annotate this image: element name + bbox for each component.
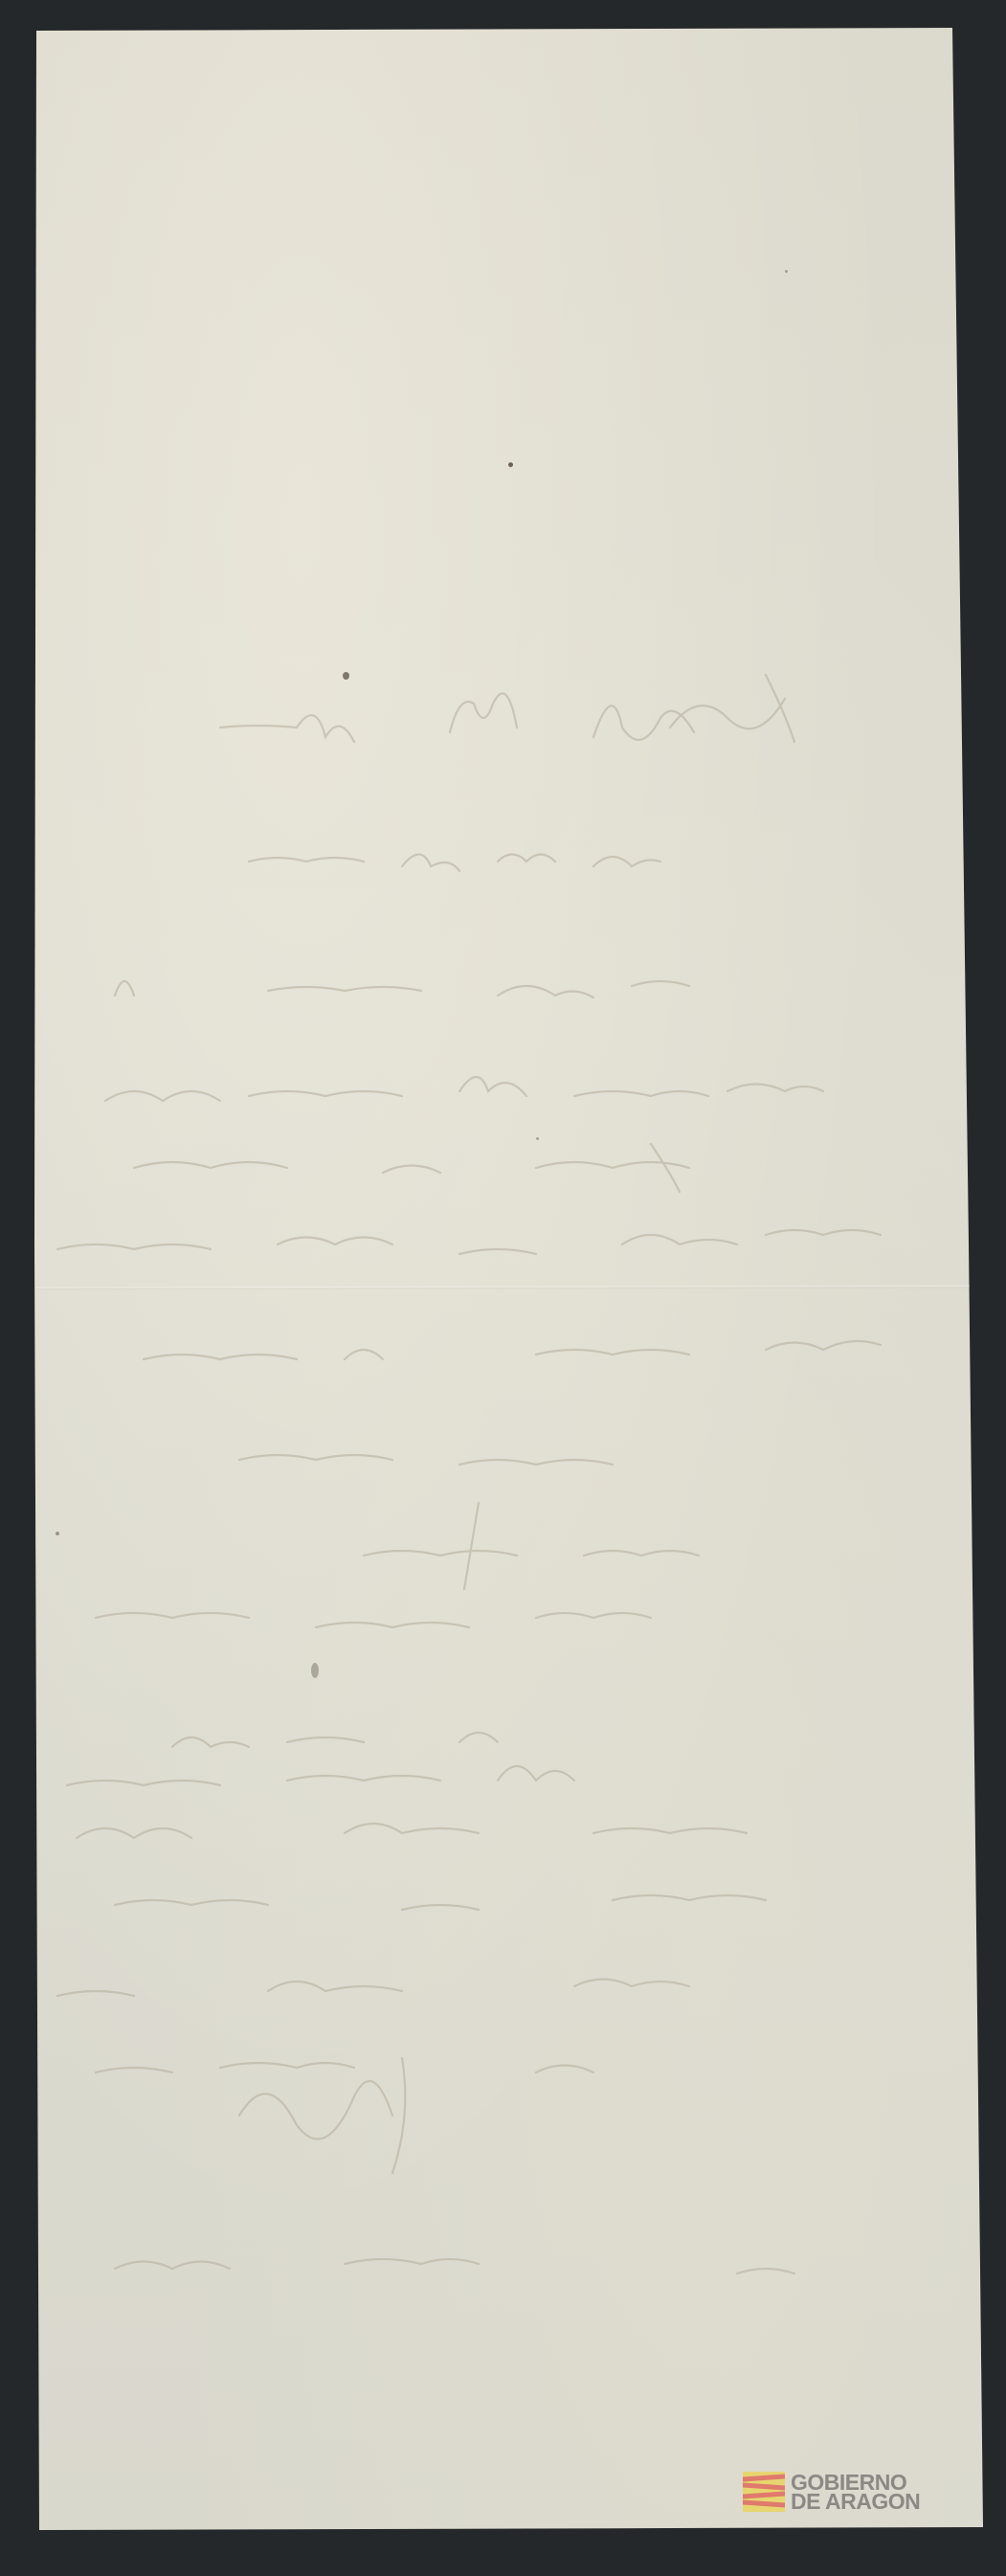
gobierno-de-aragon-logo: GOBIERNO DE ARAGON	[743, 2471, 920, 2512]
paper-speck	[56, 1532, 59, 1535]
paper-speck	[785, 270, 788, 273]
aragon-flag-icon	[743, 2472, 785, 2512]
paper-speck	[508, 462, 513, 467]
document-scan: GOBIERNO DE ARAGON	[0, 0, 1006, 2576]
logo-line-de-aragon: DE ARAGON	[791, 2492, 920, 2511]
paper-speck	[536, 1137, 539, 1140]
paper-speck	[311, 1663, 319, 1678]
paper-speck	[343, 672, 349, 680]
logo-text: GOBIERNO DE ARAGON	[791, 2473, 920, 2511]
